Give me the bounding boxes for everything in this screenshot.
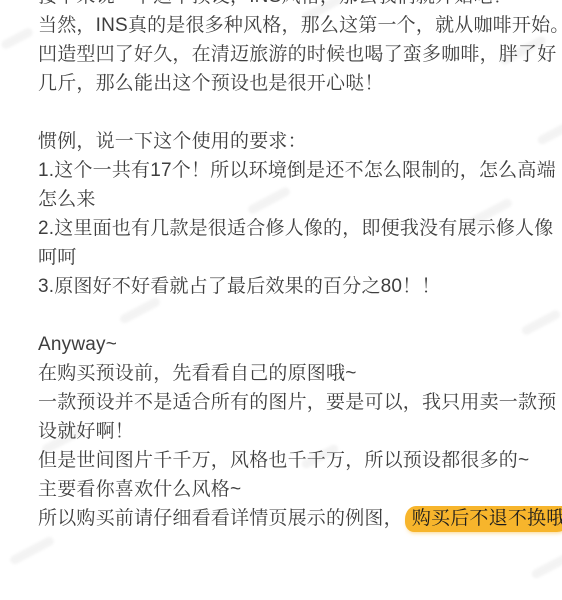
text-line-req1-a: 1.这个一共有17个！所以环境倒是还不怎么限制的，怎么高端 — [38, 156, 544, 185]
no-refund-highlight: 购买后不退不换哦 — [405, 506, 562, 532]
text-line-anyway: Anyway~ — [38, 330, 544, 359]
watermark-smudge — [9, 535, 56, 565]
text-line-advice-2b: 设就好啊！ — [38, 417, 544, 446]
text-line-intro-1: 当然，INS真的是很多种风格，那么这第一个，就从咖啡开始。 — [38, 11, 544, 40]
text-line-intro-2: 凹造型凹了好久，在清迈旅游的时候也喝了蛮多咖啡，胖了好 — [38, 40, 544, 69]
article-body: 接下来说一下这个预设，INS风格，那么我们就开始吧！ 当然，INS真的是很多种风… — [38, 0, 544, 533]
text-line-advice-2a: 一款预设并不是适合所有的图片，要是可以，我只用卖一款预 — [38, 388, 544, 417]
text-line-requirements: 惯例，说一下这个使用的要求： — [38, 127, 544, 156]
text-line-req3: 3.原图好不好看就占了最后效果的百分之80！！ — [38, 272, 544, 301]
final-line-prefix: 所以购买前请仔细看看详情页展示的例图， — [38, 508, 403, 529]
text-line-req2-a: 2.这里面也有几款是很适合修人像的，即便我没有展示修人像 — [38, 214, 544, 243]
clipped-top-line: 接下来说一下这个预设，INS风格，那么我们就开始吧！ — [38, 0, 544, 11]
text-line-advice-3: 但是世间图片千千万，风格也千千万，所以预设都很多的~ — [38, 446, 544, 475]
blank-line — [38, 301, 544, 330]
watermark-smudge — [530, 553, 562, 580]
final-line: 所以购买前请仔细看看详情页展示的例图，购买后不退不换哦！ — [38, 504, 544, 533]
text-line-advice-4: 主要看你喜欢什么风格~ — [38, 475, 544, 504]
text-line-intro-3: 几斤，那么能出这个预设也是很开心哒！ — [38, 69, 544, 98]
text-line-advice-1: 在购买预设前，先看看自己的原图哦~ — [38, 359, 544, 388]
text-line-req2-b: 呵呵 — [38, 243, 544, 272]
blank-line — [38, 98, 544, 127]
text-line-req1-b: 怎么来 — [38, 185, 544, 214]
watermark-smudge — [0, 27, 34, 51]
